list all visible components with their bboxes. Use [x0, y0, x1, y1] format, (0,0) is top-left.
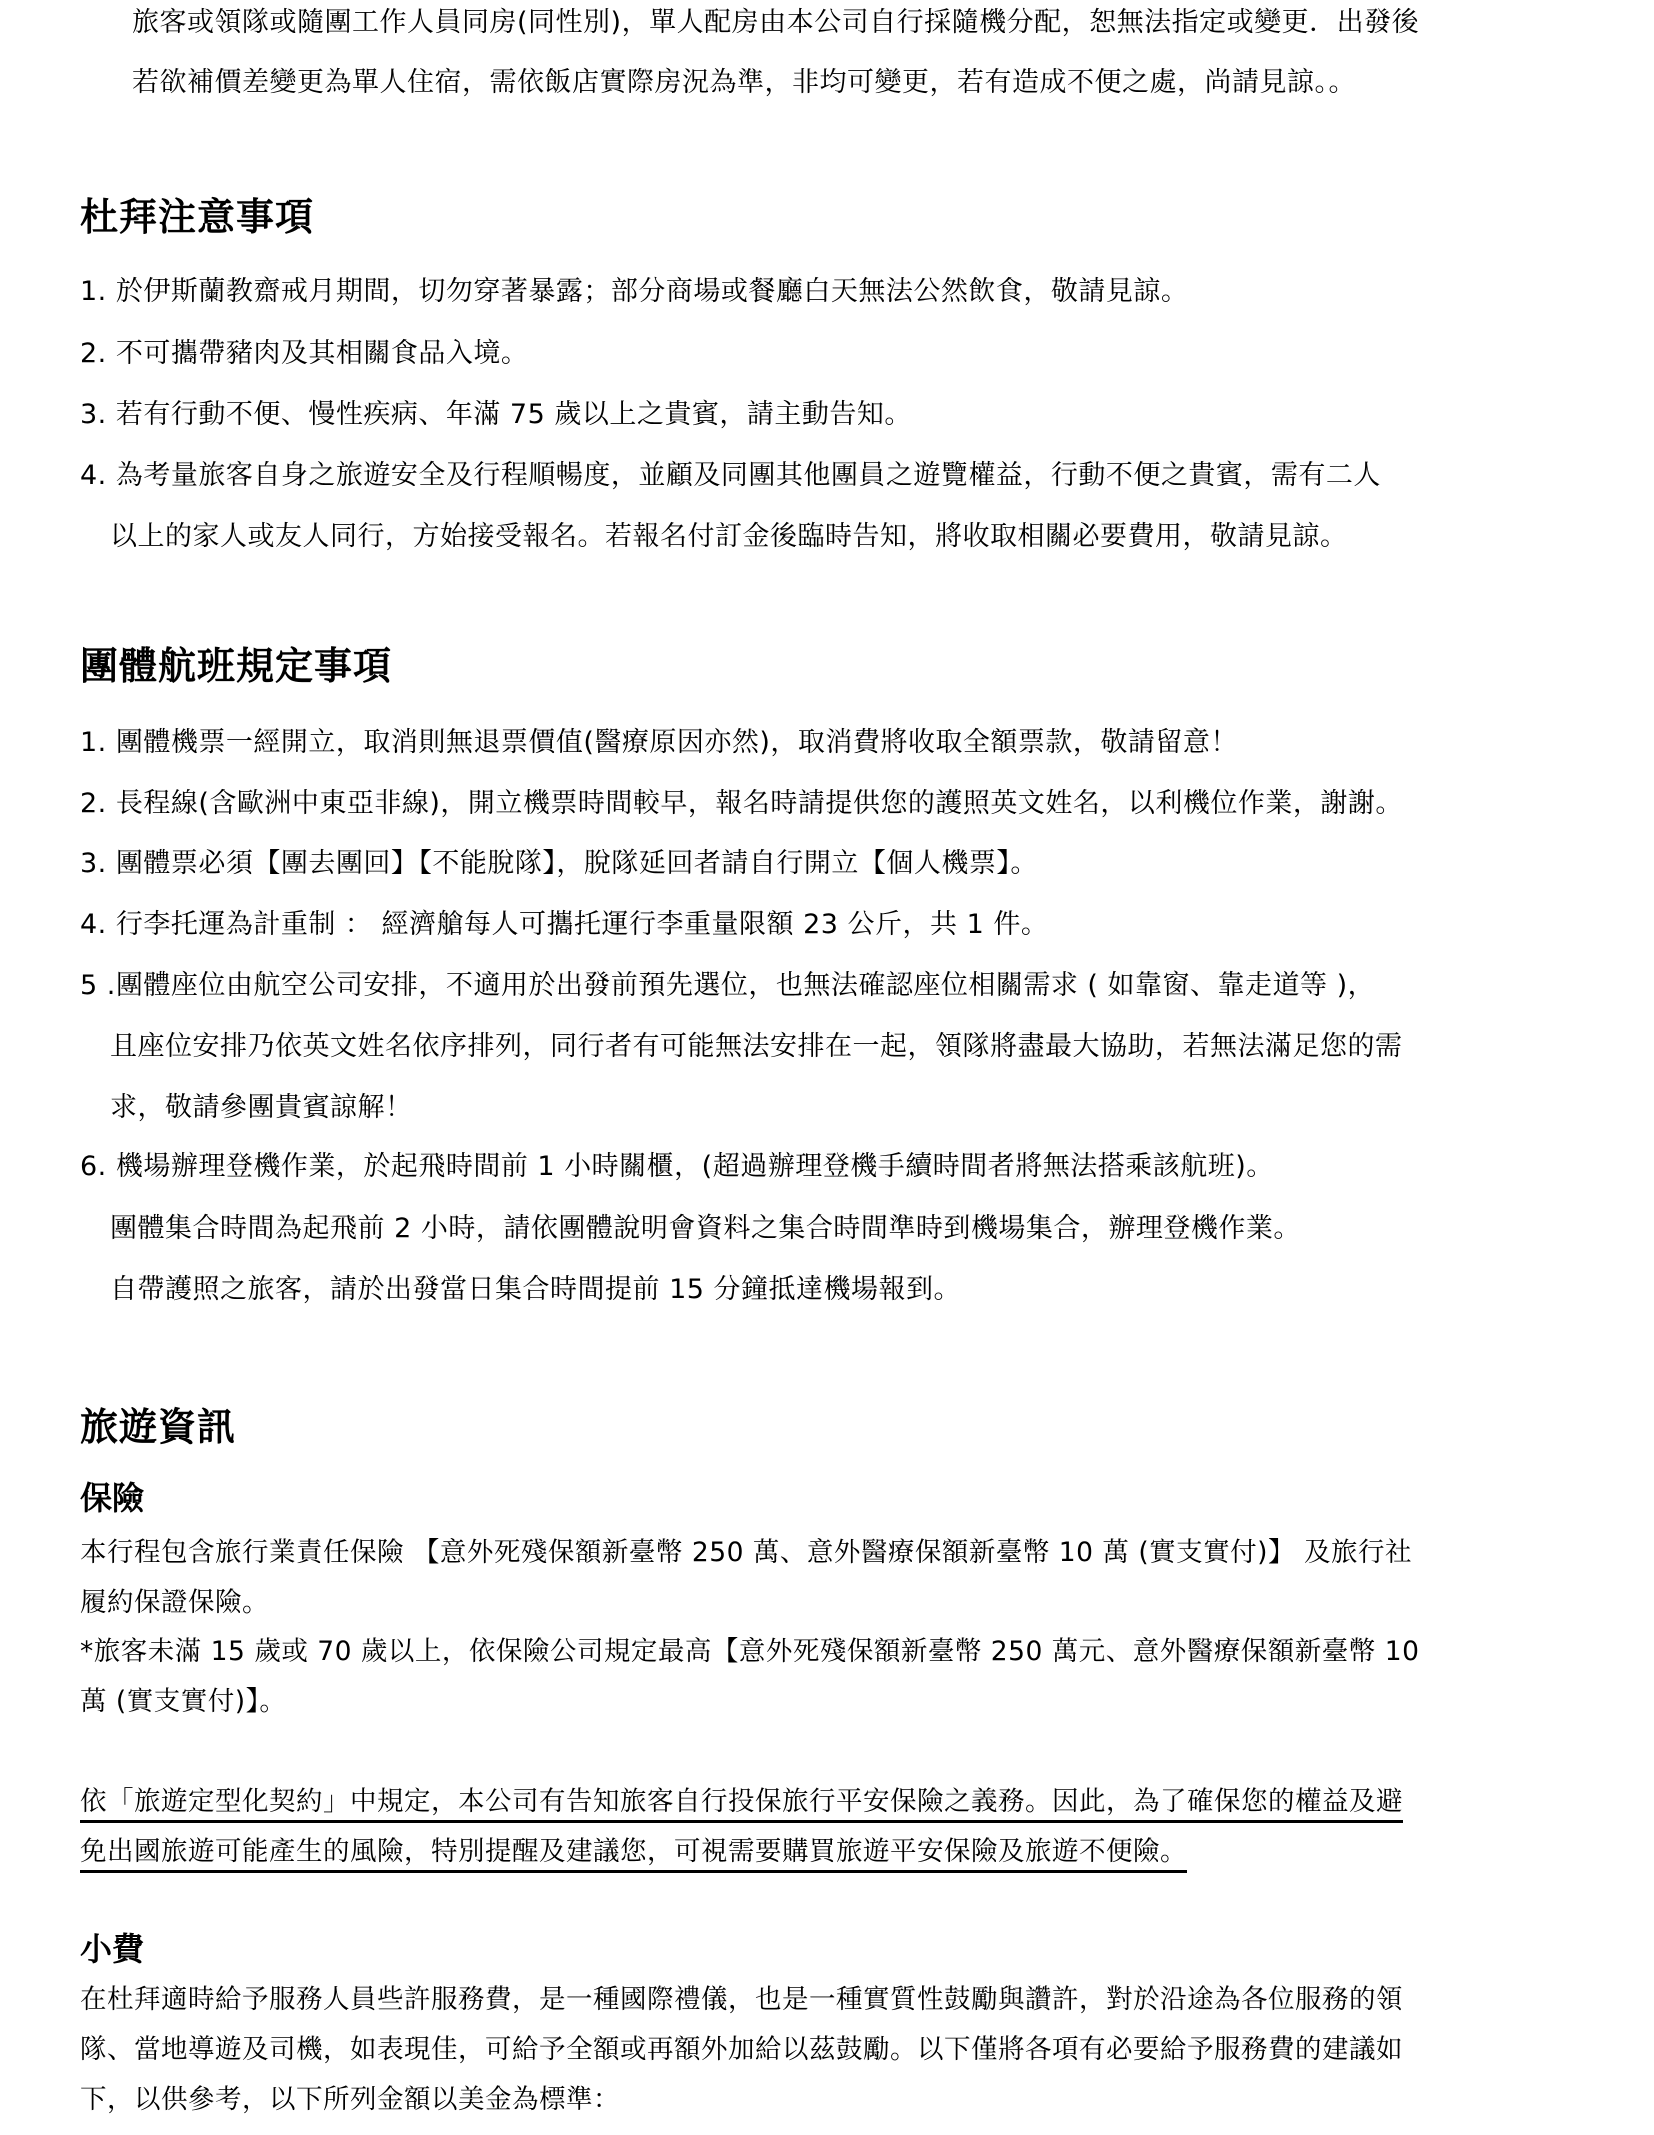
list-item-continuation: 且座位安排乃依英文姓名依序排列，同行者有可能無法安排在一起，領隊將盡最大協助，若… [110, 1027, 1403, 1067]
insurance-notice-line: 依「旅遊定型化契約」中規定，本公司有告知旅客自行投保旅行平安保險之義務。因此，為… [80, 1782, 1403, 1822]
list-item-continuation: 以上的家人或友人同行，方始接受報名。若報名付訂金後臨時告知，將收取相關必要費用，… [110, 517, 1348, 557]
intro-line: 若欲補價差變更為單人住宿，需依飯店實際房況為準，非均可變更，若有造成不便之處，尚… [132, 63, 1356, 103]
paragraph-line: 萬 (實支實付)】。 [80, 1682, 286, 1722]
paragraph-line: 本行程包含旅行業責任保險 【意外死殘保額新臺幣 250 萬、意外醫療保額新臺幣 … [80, 1533, 1412, 1573]
section-heading-dubai-notes: 杜拜注意事項 [80, 192, 314, 242]
list-item-continuation: 求，敬請參團貴賓諒解！ [110, 1088, 413, 1128]
list-item: 2. 長程線(含歐洲中東亞非線)，開立機票時間較早，報名時請提供您的護照英文姓名… [80, 784, 1403, 824]
list-item: 5 .團體座位由航空公司安排，不適用於出發前預先選位，也無法確認座位相關需求 (… [80, 966, 1375, 1006]
intro-line: 旅客或領隊或隨團工作人員同房(同性別)，單人配房由本公司自行採隨機分配，恕無法指… [132, 3, 1419, 43]
list-item: 6. 機場辦理登機作業，於起飛時間前 1 小時關櫃，(超過辦理登機手續時間者將無… [80, 1147, 1274, 1187]
insurance-notice-line: 免出國旅遊可能產生的風險，特別提醒及建議您，可視需要購買旅遊平安保險及旅遊不便險… [80, 1832, 1187, 1872]
paragraph-line: 履約保證保險。 [80, 1583, 269, 1623]
paragraph-line: 在杜拜適時給予服務人員些許服務費，是一種國際禮儀，也是一種實質性鼓勵與讚許，對於… [80, 1980, 1403, 2020]
list-item: 2. 不可攜帶豬肉及其相關食品入境。 [80, 334, 528, 374]
list-item: 3. 若有行動不便、慢性疾病、年滿 75 歲以上之貴賓，請主動告知。 [80, 395, 912, 435]
paragraph-line: *旅客未滿 15 歲或 70 歲以上，依保險公司規定最高【意外死殘保額新臺幣 2… [80, 1632, 1419, 1672]
list-item: 4. 為考量旅客自身之旅遊安全及行程順暢度，並顧及同團其他團員之遊覽權益，行動不… [80, 456, 1381, 496]
paragraph-line: 下，以供參考，以下所列金額以美金為標準： [80, 2080, 620, 2120]
list-item-continuation: 自帶護照之旅客，請於出發當日集合時間提前 15 分鐘抵達機場報到。 [110, 1270, 961, 1310]
list-item-continuation: 團體集合時間為起飛前 2 小時，請依團體說明會資料之集合時間準時到機場集合，辦理… [110, 1209, 1301, 1249]
list-item: 1. 團體機票一經開立，取消則無退票價值(醫療原因亦然)，取消費將收取全額票款，… [80, 723, 1238, 763]
section-heading-flight-rules: 團體航班規定事項 [80, 641, 392, 691]
section-heading-travel-info: 旅遊資訊 [80, 1402, 236, 1452]
list-item: 4. 行李托運為計重制 ： 經濟艙每人可攜托運行李重量限額 23 公斤，共 1 … [80, 905, 1048, 945]
paragraph-line: 隊、當地導遊及司機，如表現佳，可給予全額或再額外加給以茲鼓勵。以下僅將各項有必要… [80, 2030, 1403, 2070]
list-item: 1. 於伊斯蘭教齋戒月期間，切勿穿著暴露；部分商場或餐廳白天無法公然飲食，敬請見… [80, 272, 1188, 312]
subheading-insurance: 保險 [80, 1476, 144, 1520]
list-item: 3. 團體票必須【團去團回】【不能脫隊】，脫隊延回者請自行開立【個人機票】。 [80, 844, 1038, 884]
subheading-tips: 小費 [80, 1927, 144, 1971]
